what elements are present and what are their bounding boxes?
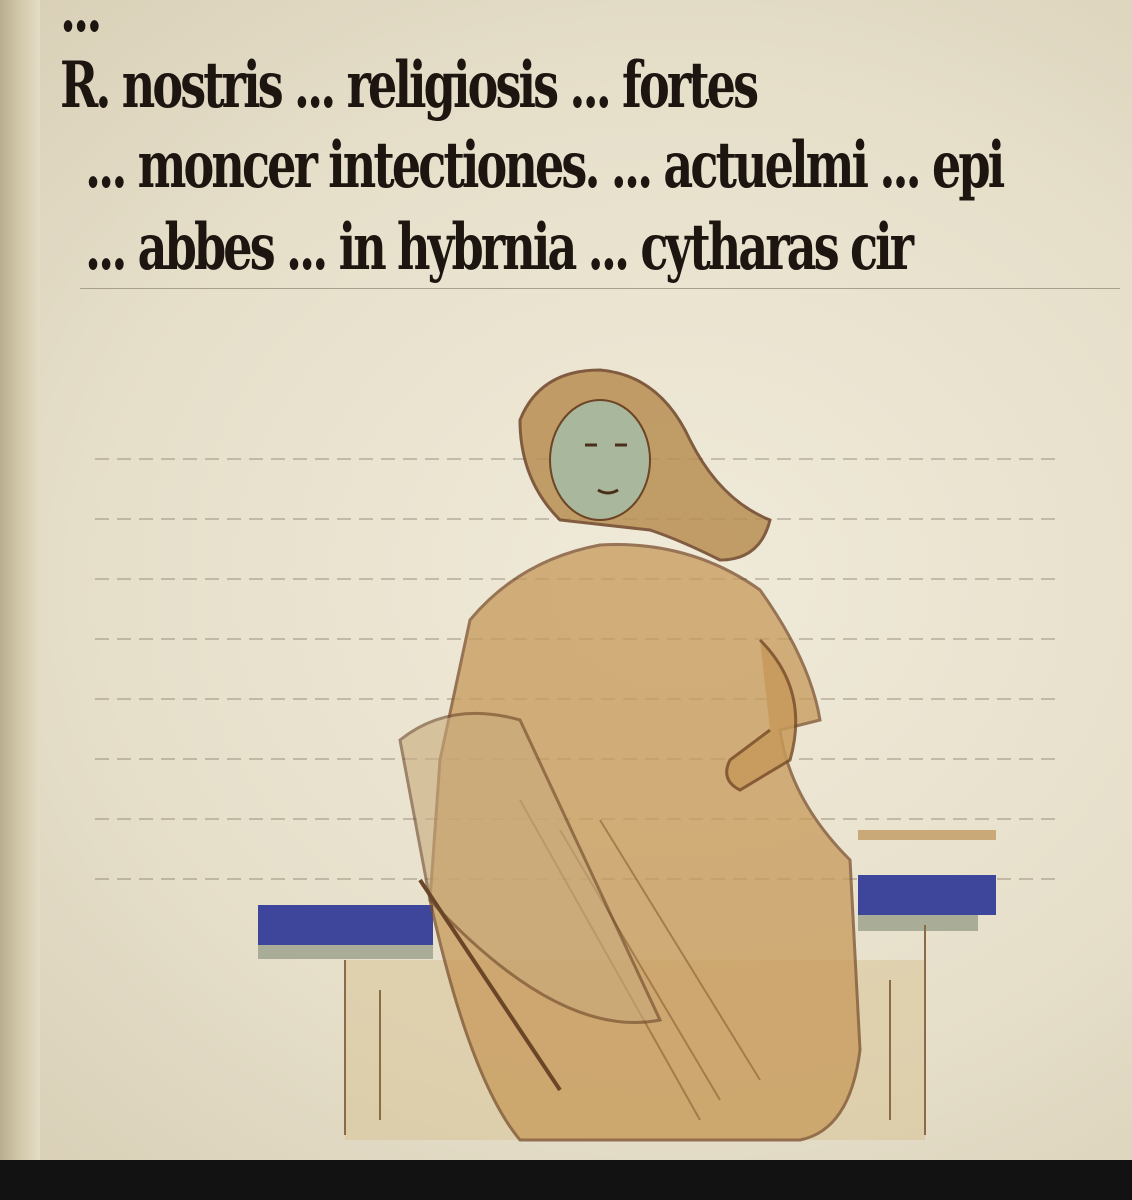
page-bottom-edge (0, 1160, 1132, 1200)
manuscript-page: ... R. nostris ... religiosis ... fortes… (0, 0, 1132, 1160)
bench-blue-stripe-left (258, 905, 433, 945)
harpist-illustration (0, 0, 1132, 1160)
bench-blue-stripe-right (858, 875, 996, 915)
